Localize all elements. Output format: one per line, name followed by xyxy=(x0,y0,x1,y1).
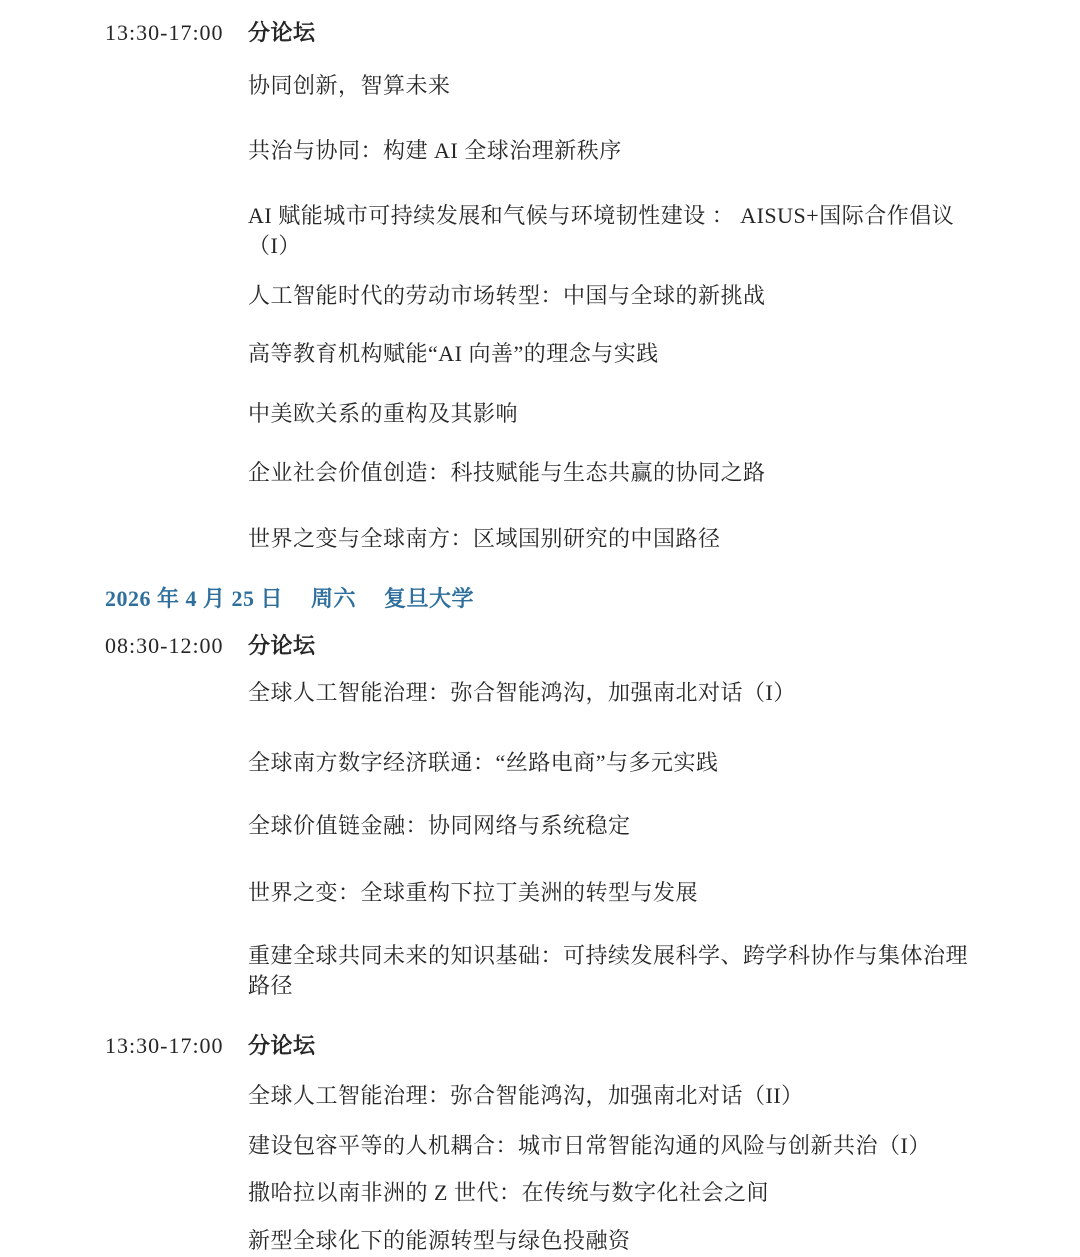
session-title: 企业社会价值创造：科技赋能与生态共赢的协同之路 xyxy=(248,458,978,488)
forum-header-row: 13:30-17:00 分论坛 xyxy=(0,1031,1080,1061)
session-title: 全球人工智能治理：弥合智能鸿沟，加强南北对话（I） xyxy=(248,678,978,708)
session-title: 撒哈拉以南非洲的 Z 世代：在传统与数字化社会之间 xyxy=(248,1178,978,1208)
forum-type-label: 分论坛 xyxy=(248,631,316,661)
conference-agenda-page: 13:30-17:00 分论坛 协同创新，智算未来 共治与协同：构建 AI 全球… xyxy=(0,0,1080,1257)
session-title: 新型全球化下的能源转型与绿色投融资 xyxy=(248,1226,978,1256)
session-title: 重建全球共同未来的知识基础：可持续发展科学、跨学科协作与集体治理路径 xyxy=(248,941,978,1001)
day-venue: 复旦大学 xyxy=(384,584,474,614)
forum-type-label: 分论坛 xyxy=(248,18,316,48)
time-range: 13:30-17:00 xyxy=(105,18,248,48)
forum-header-row: 13:30-17:00 分论坛 xyxy=(0,18,1080,48)
session-title: 人工智能时代的劳动市场转型：中国与全球的新挑战 xyxy=(248,281,978,311)
day-date: 2026 年 4 月 25 日 xyxy=(105,586,283,611)
session-title: 全球价值链金融：协同网络与系统稳定 xyxy=(248,811,978,841)
day-heading: 2026 年 4 月 25 日 周六 复旦大学 xyxy=(105,584,1080,614)
session-title: 共治与协同：构建 AI 全球治理新秩序 xyxy=(248,136,978,166)
session-title: AI 赋能城市可持续发展和气候与环境韧性建设 ： AISUS+国际合作倡议（I） xyxy=(248,201,978,261)
session-title: 高等教育机构赋能“AI 向善”的理念与实践 xyxy=(248,339,978,369)
time-range: 08:30-12:00 xyxy=(105,631,248,661)
session-title: 中美欧关系的重构及其影响 xyxy=(248,399,978,429)
time-range: 13:30-17:00 xyxy=(105,1031,248,1061)
session-title: 世界之变与全球南方：区域国别研究的中国路径 xyxy=(248,524,978,554)
day-weekday: 周六 xyxy=(311,584,356,614)
session-title: 世界之变：全球重构下拉丁美洲的转型与发展 xyxy=(248,878,978,908)
forum-header-row: 08:30-12:00 分论坛 xyxy=(0,631,1080,661)
session-title: 建设包容平等的人机耦合：城市日常智能沟通的风险与创新共治（I） xyxy=(248,1131,978,1161)
session-title: 协同创新，智算未来 xyxy=(248,71,978,101)
forum-type-label: 分论坛 xyxy=(248,1031,316,1061)
session-title: 全球人工智能治理：弥合智能鸿沟，加强南北对话（II） xyxy=(248,1081,978,1111)
session-title: 全球南方数字经济联通：“丝路电商”与多元实践 xyxy=(248,748,978,778)
